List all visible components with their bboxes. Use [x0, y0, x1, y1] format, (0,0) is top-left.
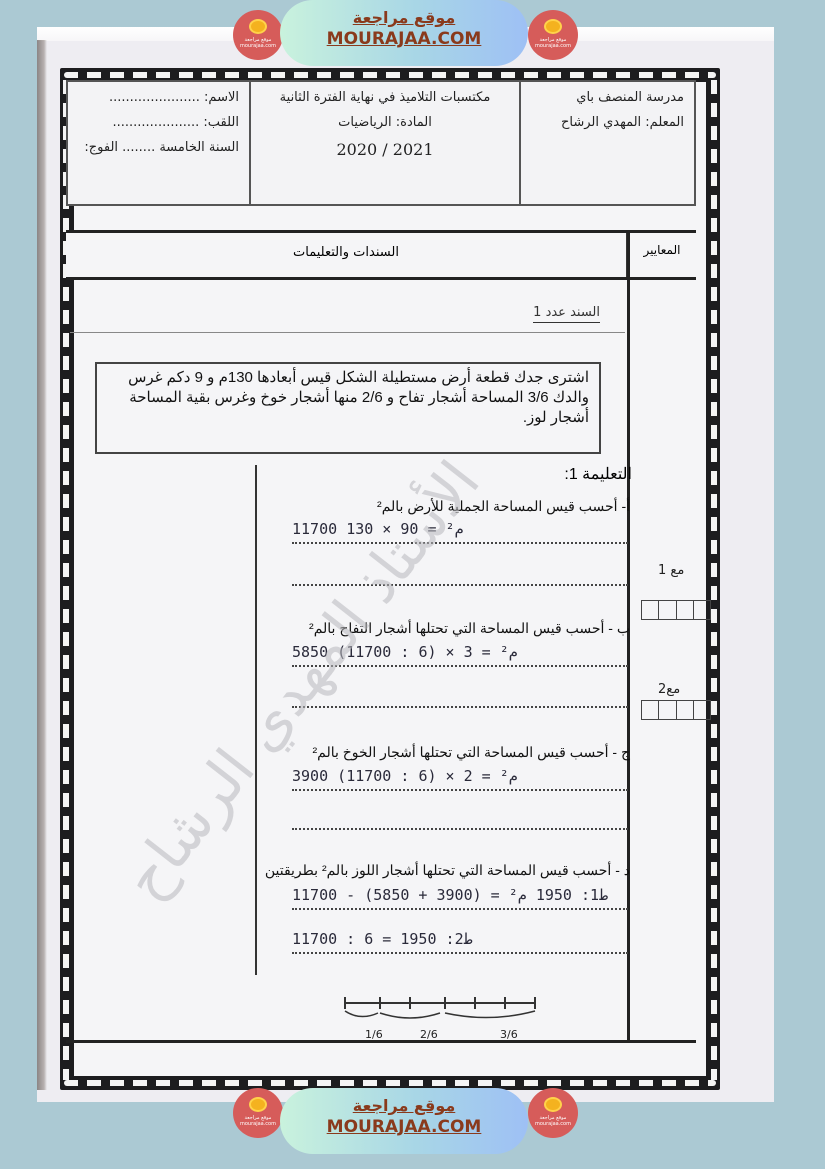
svg-text:2/6: 2/6: [420, 1028, 438, 1041]
site-logo[interactable]: موقع مراجعة mourajaa.com: [528, 1088, 578, 1138]
answer-line: [292, 826, 628, 830]
criteria-header: المعايير: [626, 233, 696, 277]
surname-field: اللقب: .....................: [78, 115, 239, 130]
teacher-name: المعلم: المهدي الرشاح: [531, 115, 684, 130]
school-year: 2021 / 2020: [261, 140, 509, 159]
site-logo[interactable]: موقع مراجعة mourajaa.com: [233, 1088, 283, 1138]
exam-header: مدرسة المنصف باي المعلم: المهدي الرشاح م…: [66, 80, 696, 206]
student-info: الاسم: ...................... اللقب: ...…: [68, 82, 249, 204]
number-line-sketch: 1/6 2/6 3/6: [340, 993, 540, 1053]
name-field: الاسم: ......................: [78, 90, 239, 105]
criterion-1-score-boxes[interactable]: [641, 600, 711, 620]
film-strip-holes: [711, 80, 717, 1080]
photo-edge: [37, 40, 47, 1090]
logo-caption: موقع مراجعة mourajaa.com: [233, 1115, 283, 1127]
situation-label: السند عدد 1: [533, 305, 600, 323]
banner-arabic[interactable]: موقع مراجعة: [280, 1088, 528, 1115]
banner-url[interactable]: MOURAJAA.COM: [280, 29, 528, 49]
site-banner-bottom[interactable]: موقع مراجعة MOURAJAA.COM: [280, 1088, 528, 1154]
exam-title: مكتسبات التلاميذ في نهاية الفترة الثانية: [261, 90, 509, 105]
answer-c: 3900 م² = 2 × (6 : 11700): [292, 767, 628, 791]
table-header: المعايير السندات والتعليمات: [66, 230, 696, 280]
book-icon: [544, 1097, 562, 1112]
banner-arabic[interactable]: موقع مراجعة: [280, 0, 528, 27]
class-field: السنة الخامسة ........ الفوج:: [78, 140, 239, 155]
site-logo[interactable]: موقع مراجعة mourajaa.com: [233, 10, 283, 60]
logo-caption: موقع مراجعة mourajaa.com: [233, 37, 283, 49]
site-banner-top[interactable]: موقع مراجعة MOURAJAA.COM: [280, 0, 528, 66]
exam-title-block: مكتسبات التلاميذ في نهاية الفترة الثانية…: [249, 82, 519, 204]
school-info: مدرسة المنصف باي المعلم: المهدي الرشاح: [519, 82, 694, 204]
book-icon: [544, 19, 562, 34]
task-title: التعليمة 1:: [564, 464, 632, 484]
divider: [70, 332, 625, 333]
book-icon: [249, 19, 267, 34]
question-d: د - أحسب قيس المساحة التي تحتلها أشجار ا…: [240, 862, 630, 879]
book-icon: [249, 1097, 267, 1112]
situation-box: اشترى جدك قطعة أرض مستطيلة الشكل قيس أبع…: [95, 362, 601, 454]
site-logo[interactable]: موقع مراجعة mourajaa.com: [528, 10, 578, 60]
answer-line: [292, 704, 628, 708]
question-c: ج - أحسب قيس المساحة التي تحتلها أشجار ا…: [290, 744, 630, 761]
logo-caption: موقع مراجعة mourajaa.com: [528, 37, 578, 49]
answer-d-method-1: ط1: 1950 م² = (3900 + 5850) - 11700: [292, 886, 628, 910]
criterion-2-label: مع2: [658, 682, 680, 697]
svg-text:3/6: 3/6: [500, 1028, 518, 1041]
subject: المادة: الرياضيات: [261, 115, 509, 130]
school-name: مدرسة المنصف باي: [531, 90, 684, 105]
answer-d-method-2: ط2: 1950 = 6 : 11700: [292, 930, 628, 954]
criterion-1-label: مع 1: [658, 563, 684, 578]
svg-text:1/6: 1/6: [365, 1028, 383, 1041]
banner-url[interactable]: MOURAJAA.COM: [280, 1117, 528, 1137]
logo-caption: موقع مراجعة mourajaa.com: [528, 1115, 578, 1127]
content-header: السندات والتعليمات: [66, 233, 626, 277]
criterion-2-score-boxes[interactable]: [641, 700, 711, 720]
